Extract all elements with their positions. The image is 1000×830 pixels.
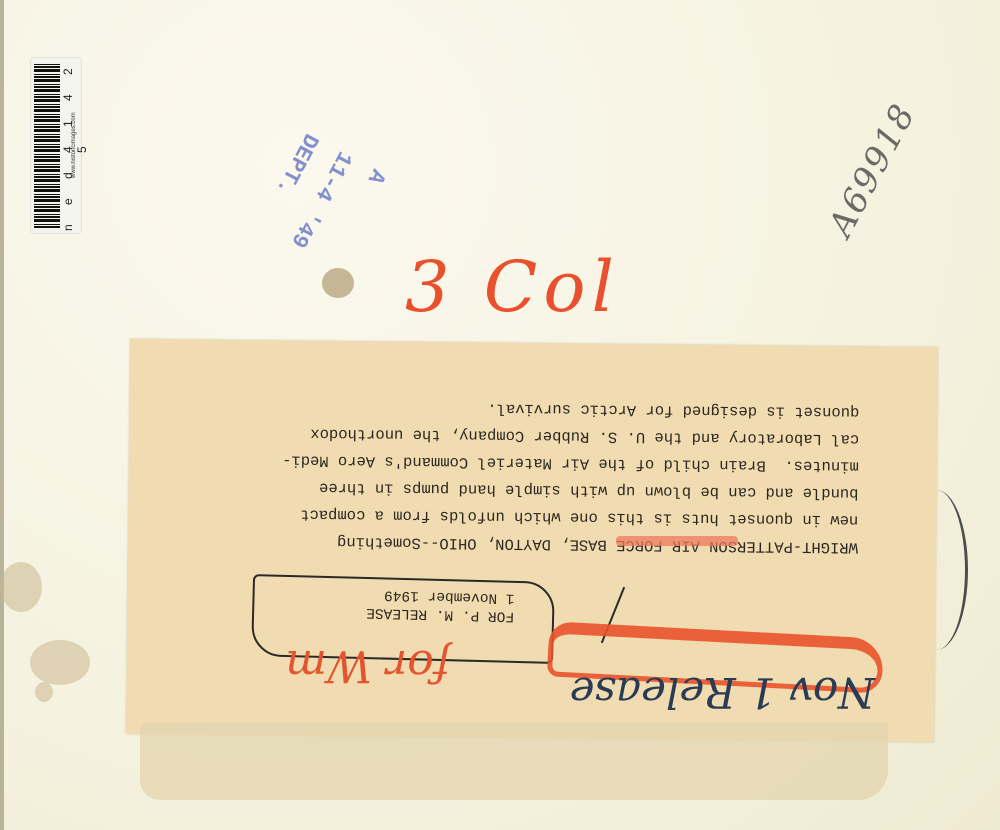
- press-release-body: WRIGHT-PATTERSON AIR FORCE BASE, DAYTON,…: [238, 392, 860, 560]
- press-line-2: new in quonset huts is this one which un…: [300, 506, 858, 530]
- pencil-arc-mark: [905, 490, 968, 650]
- release-line-1: FOR P. M. RELEASE: [366, 604, 514, 624]
- paper-edge: [0, 0, 4, 830]
- stain-left-2: [30, 640, 90, 685]
- press-line-4: minutes. Brain child of the Air Materiel…: [282, 451, 859, 475]
- press-line-1: WRIGHT-PATTERSON AIR FORCE BASE, DAYTON,…: [337, 533, 858, 556]
- release-box-text: FOR P. M. RELEASE 1 November 1949: [294, 583, 515, 625]
- barcode-label: n e d 4 1 4 2 5 www.historicimages.com: [30, 57, 82, 234]
- handwritten-release-note: Nov 1 Release: [505, 668, 875, 717]
- press-line-6: quonset is designed for Arctic survival.: [487, 400, 859, 422]
- barcode-url: www.historicimages.com: [71, 58, 81, 233]
- press-line-3: bundle and can be blown up with simple h…: [319, 479, 859, 503]
- handwritten-red-note: for Wm: [150, 640, 450, 691]
- red-crayon-column-note: 3 Col: [405, 252, 620, 322]
- red-highlight-mark: [616, 536, 738, 546]
- press-line-5: cal Laboratory and the U. S. Rubber Comp…: [310, 425, 859, 449]
- tape-residue: [140, 722, 888, 800]
- barcode-icon: [34, 64, 60, 228]
- release-line-2: 1 November 1949: [384, 586, 515, 605]
- stain-left-1: [0, 562, 42, 612]
- stain-left-3: [35, 682, 53, 702]
